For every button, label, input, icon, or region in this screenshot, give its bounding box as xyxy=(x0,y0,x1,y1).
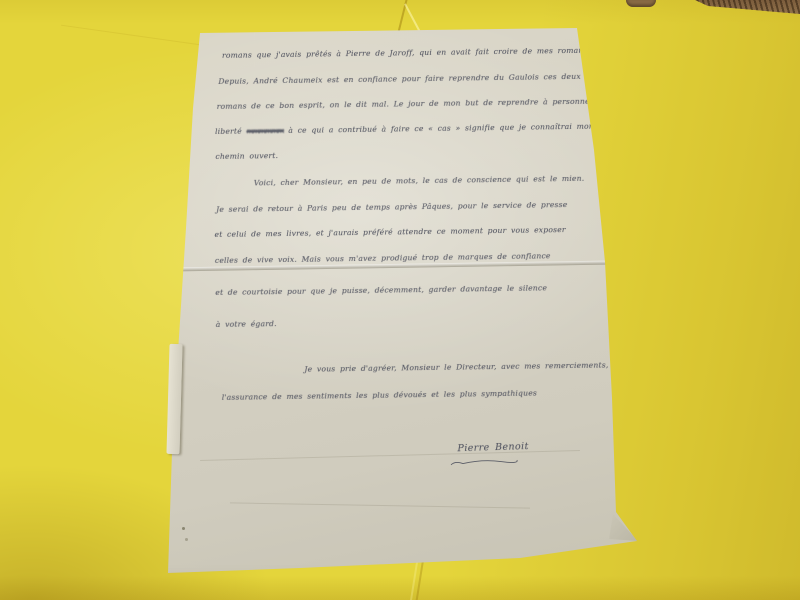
letter-line: chemin ouvert. xyxy=(215,151,278,161)
crossed-out-word: mmmmmm xyxy=(246,126,283,136)
letter-line: et de courtoisie pour que je puisse, déc… xyxy=(215,283,547,297)
letter-line: Depuis, André Chaumeix est en confiance … xyxy=(218,72,581,86)
letter-line: romans de ce bon esprit, on le dit mal. … xyxy=(217,96,607,110)
letter-line: Voici, cher Monsieur, en peu de mots, le… xyxy=(254,174,585,188)
letter-line: l'assurance de mes sentiments les plus d… xyxy=(222,388,537,401)
letter-line: romans que j'avais prêtés à Pierre de Ja… xyxy=(222,46,590,60)
letter-line: Je serai de retour à Paris peu de temps … xyxy=(216,200,567,214)
signature-underline xyxy=(449,457,519,469)
table-surface-speck xyxy=(626,0,656,7)
letter-line: Je vous prie d'agréer, Monsieur le Direc… xyxy=(304,360,608,373)
signature: Pierre Benoit xyxy=(457,441,529,454)
letter-line: et celui de mes livres, et j'aurais préf… xyxy=(214,225,565,239)
letter-line: liberté mmmmmm à ce qui a contribué à fa… xyxy=(215,121,636,136)
letter-line: celles de vive voix. Mais vous m'avez pr… xyxy=(215,251,551,265)
letter-line-fragment: à ce qui a contribué à faire ce « cas » … xyxy=(284,121,636,135)
letter-line-fragment: liberté xyxy=(215,126,247,135)
letter-line: à votre égard. xyxy=(216,319,277,329)
photo-of-letter: romans que j'avais prêtés à Pierre de Ja… xyxy=(0,0,800,600)
